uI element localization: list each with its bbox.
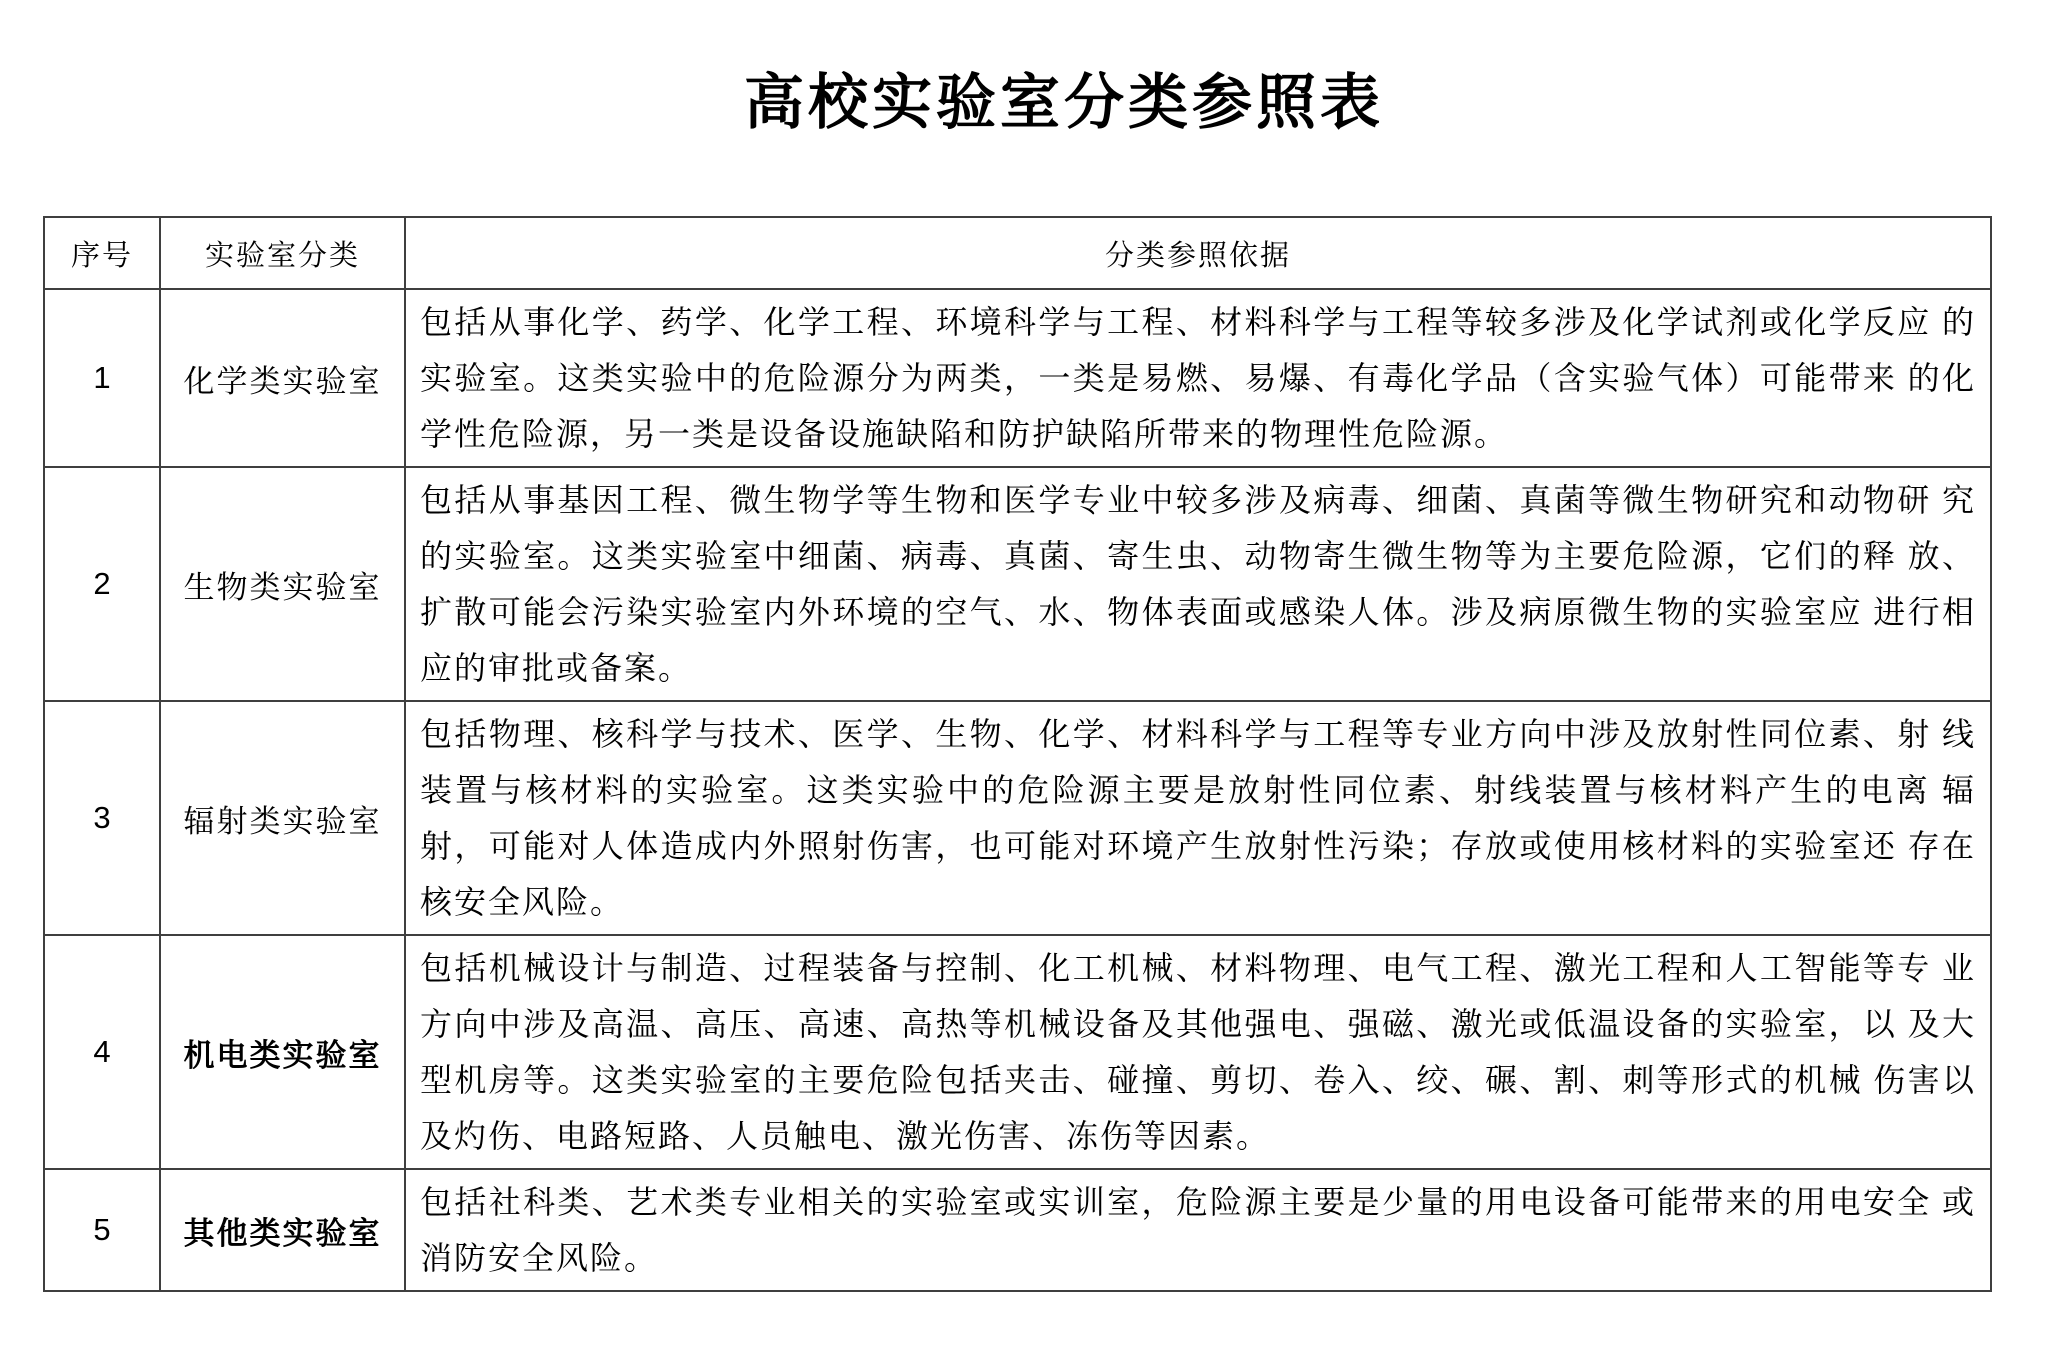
header-cell-lab-category: 实验室分类 — [160, 217, 405, 289]
header-cell-classification-basis: 分类参照依据 — [405, 217, 1991, 289]
category-cell: 化学类实验室 — [160, 289, 405, 467]
basis-cell: 包括从事基因工程、微生物学等生物和医学专业中较多涉及病毒、细菌、真菌等微生物研究… — [405, 467, 1991, 701]
table-header-row: 序号 实验室分类 分类参照依据 — [44, 217, 1991, 289]
basis-cell: 包括物理、核科学与技术、医学、生物、化学、材料科学与工程等专业方向中涉及放射性同… — [405, 701, 1991, 935]
table-row: 1化学类实验室包括从事化学、药学、化学工程、环境科学与工程、材料科学与工程等较多… — [44, 289, 1991, 467]
category-cell: 辐射类实验室 — [160, 701, 405, 935]
category-cell: 其他类实验室 — [160, 1169, 405, 1291]
basis-cell: 包括从事化学、药学、化学工程、环境科学与工程、材料科学与工程等较多涉及化学试剂或… — [405, 289, 1991, 467]
basis-cell: 包括社科类、艺术类专业相关的实验室或实训室，危险源主要是少量的用电设备可能带来的… — [405, 1169, 1991, 1291]
page-title: 高校实验室分类参照表 — [40, 70, 2048, 136]
row-number-cell: 1 — [44, 289, 160, 467]
basis-cell: 包括机械设计与制造、过程装备与控制、化工机械、材料物理、电气工程、激光工程和人工… — [405, 935, 1991, 1169]
header-cell-serial-number: 序号 — [44, 217, 160, 289]
row-number-cell: 3 — [44, 701, 160, 935]
category-cell: 机电类实验室 — [160, 935, 405, 1169]
row-number-cell: 2 — [44, 467, 160, 701]
category-cell: 生物类实验室 — [160, 467, 405, 701]
table-row: 2生物类实验室包括从事基因工程、微生物学等生物和医学专业中较多涉及病毒、细菌、真… — [44, 467, 1991, 701]
lab-classification-table: 序号 实验室分类 分类参照依据 1化学类实验室包括从事化学、药学、化学工程、环境… — [43, 216, 1992, 1292]
row-number-cell: 4 — [44, 935, 160, 1169]
row-number-cell: 5 — [44, 1169, 160, 1291]
table-row: 3辐射类实验室包括物理、核科学与技术、医学、生物、化学、材料科学与工程等专业方向… — [44, 701, 1991, 935]
table-row: 4机电类实验室包括机械设计与制造、过程装备与控制、化工机械、材料物理、电气工程、… — [44, 935, 1991, 1169]
table-row: 5其他类实验室包括社科类、艺术类专业相关的实验室或实训室，危险源主要是少量的用电… — [44, 1169, 1991, 1291]
